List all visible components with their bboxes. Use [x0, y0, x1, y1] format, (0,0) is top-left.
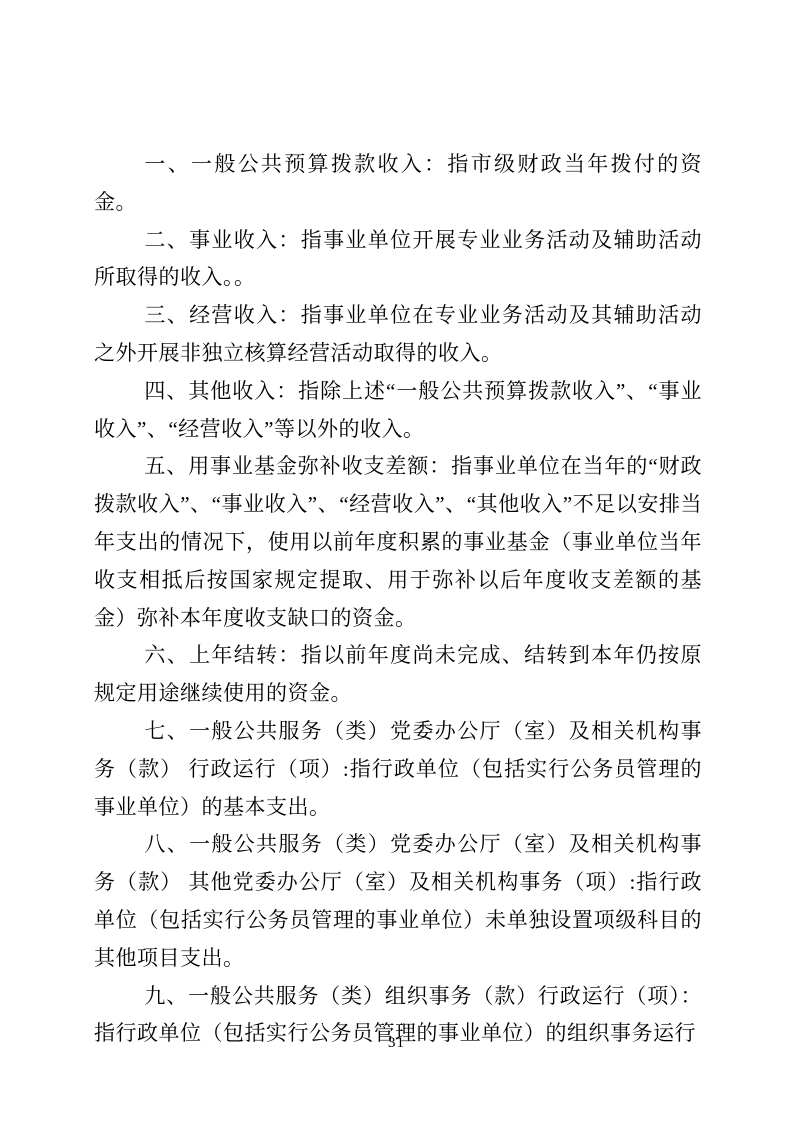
document-page: 一、一般公共预算拨款收入：指市级财政当年拨付的资金。 二、事业收入：指事业单位开… — [0, 0, 793, 1122]
paragraph-item-3: 三、经营收入：指事业单位在专业业务活动及其辅助活动之外开展非独立核算经营活动取得… — [94, 297, 702, 373]
paragraph-item-5: 五、用事业基金弥补收支差额：指事业单位在当年的“财政拨款收入”、“事业收入”、“… — [94, 448, 702, 637]
paragraph-item-4: 四、其他收入：指除上述“一般公共预算拨款收入”、“事业收入”、“经营收入”等以外… — [94, 373, 702, 449]
paragraph-item-6: 六、上年结转：指以前年度尚未完成、结转到本年仍按原规定用途继续使用的资金。 — [94, 637, 702, 713]
paragraph-item-2: 二、事业收入：指事业单位开展专业业务活动及辅助活动所取得的收入。。 — [94, 222, 702, 298]
document-body: 一、一般公共预算拨款收入：指市级财政当年拨付的资金。 二、事业收入：指事业单位开… — [94, 146, 702, 1053]
paragraph-item-8: 八、一般公共服务（类）党委办公厅（室）及相关机构事务（款） 其他党委办公厅（室）… — [94, 826, 702, 977]
page-number: 31 — [0, 1035, 793, 1052]
paragraph-item-1: 一、一般公共预算拨款收入：指市级财政当年拨付的资金。 — [94, 146, 702, 222]
paragraph-item-7: 七、一般公共服务（类）党委办公厅（室）及相关机构事务（款） 行政运行（项）:指行… — [94, 713, 702, 826]
